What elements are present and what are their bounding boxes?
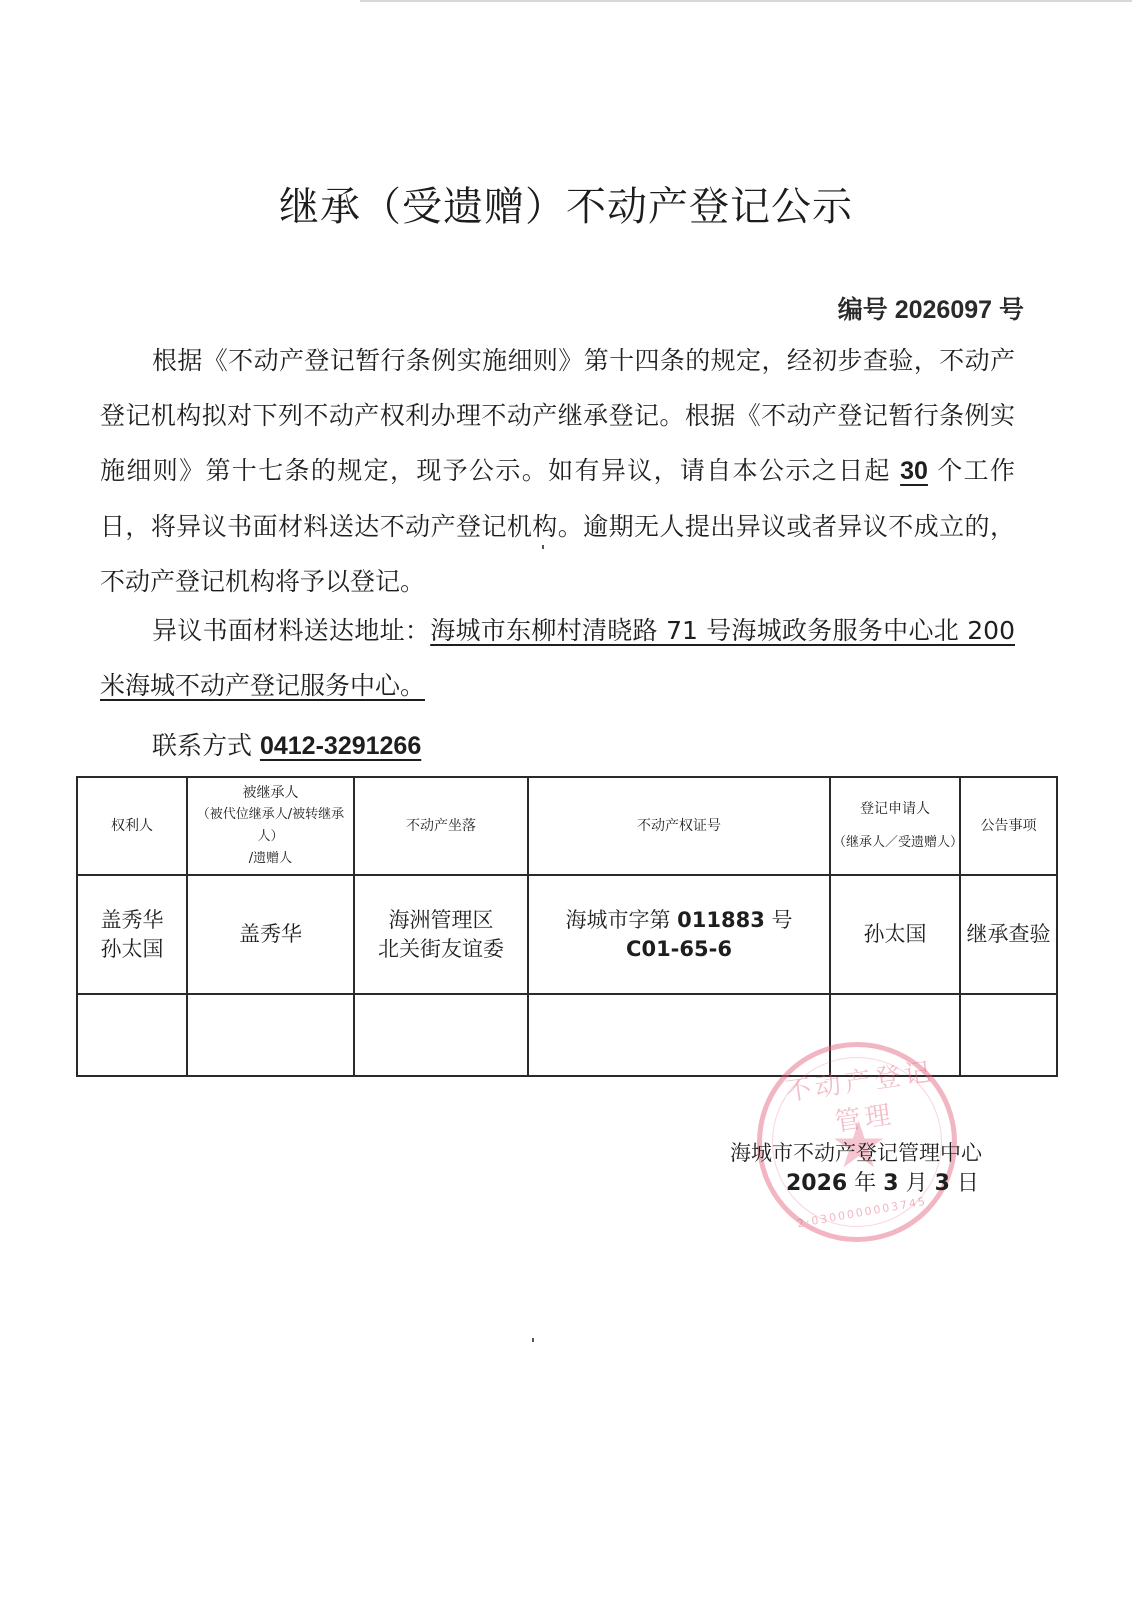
scan-speck — [542, 545, 544, 549]
objection-days: 30 — [900, 457, 928, 485]
table-row: 盖秀华 孙太国 盖秀华 海洲管理区 北关街友谊委 海城市字第 011883 号 … — [77, 875, 1057, 994]
issue-date: 2026 年 3 月 3 日 — [786, 1166, 979, 1197]
document-number: 编号 2026097 号 — [838, 290, 1024, 326]
address-label: 异议书面材料送达地址： — [152, 616, 430, 645]
header-certificate-number: 不动产权证号 — [528, 777, 830, 875]
header-decedent: 被继承人 （被代位继承人/被转继承人） /遗赠人 — [187, 777, 354, 875]
cell-applicant: 孙太国 — [830, 875, 960, 994]
header-location: 不动产坐落 — [354, 777, 528, 875]
document-number-value: 2026097 — [895, 296, 992, 324]
table-header-row: 权利人 被继承人 （被代位继承人/被转继承人） /遗赠人 不动产坐落 不动产权证… — [77, 777, 1057, 875]
contact-line: 联系方式 0412-3291266 — [152, 718, 421, 774]
notice-paragraph: 根据《不动产登记暂行条例实施细则》第十四条的规定，经初步查验，不动产登记机构拟对… — [100, 333, 1015, 609]
registration-table: 权利人 被继承人 （被代位继承人/被转继承人） /遗赠人 不动产坐落 不动产权证… — [76, 776, 1058, 1077]
issuing-organization: 海城市不动产登记管理中心 — [730, 1138, 982, 1168]
address-paragraph: 异议书面材料送达地址：海城市东柳村清晓路 71 号海城政务服务中心北 200 米… — [100, 603, 1015, 713]
contact-label: 联系方式 — [152, 731, 252, 760]
cell-location: 海洲管理区 北关街友谊委 — [354, 875, 528, 994]
cell-right-holder: 盖秀华 孙太国 — [77, 875, 187, 994]
contact-phone: 0412-3291266 — [260, 732, 421, 760]
cell-decedent: 盖秀华 — [187, 875, 354, 994]
cell-certificate-number: 海城市字第 011883 号 C01-65-6 — [528, 875, 830, 994]
cell-matter: 继承查验 — [960, 875, 1057, 994]
header-matter: 公告事项 — [960, 777, 1057, 875]
header-applicant: 登记申请人 （继承人／受遗赠人） — [830, 777, 960, 875]
scan-speck — [532, 1338, 534, 1342]
page-title: 继承（受遗赠）不动产登记公示 — [0, 175, 1132, 232]
header-right-holder: 权利人 — [77, 777, 187, 875]
scan-edge-line — [360, 0, 1132, 2]
